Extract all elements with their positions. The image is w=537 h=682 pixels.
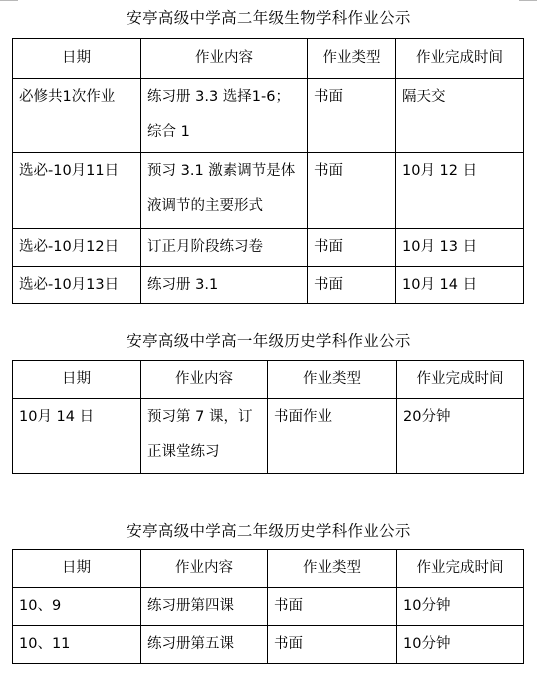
header-type: 作业类型	[308, 39, 396, 79]
cell-deadline: 10分钟	[397, 588, 524, 626]
header-deadline: 作业完成时间	[397, 361, 524, 399]
header-date: 日期	[13, 361, 141, 399]
cell-deadline: 10月 12 日	[396, 153, 524, 229]
cell-date: 选必-10月13日	[13, 267, 141, 304]
cell-type: 书面	[308, 229, 396, 267]
page-edge-mark-left	[0, 0, 18, 1]
cell-content: 练习册 3.1	[141, 267, 308, 304]
cell-date: 10月 14 日	[13, 399, 141, 474]
cell-deadline: 10月 13 日	[396, 229, 524, 267]
section-title-biology-grade2: 安亭高级中学高二年级生物学科作业公示	[0, 8, 537, 28]
cell-content: 练习册 3.3 选择1-6；综合 1	[141, 79, 308, 153]
cell-date: 10、11	[13, 626, 141, 664]
header-content: 作业内容	[141, 39, 308, 79]
homework-table-biology-grade2: 日期 作业内容 作业类型 作业完成时间 必修共1次作业 练习册 3.3 选择1-…	[12, 38, 524, 304]
table-row: 选必-10月13日 练习册 3.1 书面 10月 14 日	[13, 267, 524, 304]
page-edge-mark-right	[519, 0, 537, 1]
cell-type: 书面作业	[268, 399, 397, 474]
cell-content: 预习第 7 课，订正课堂练习	[141, 399, 268, 474]
cell-type: 书面	[268, 626, 397, 664]
table-row: 必修共1次作业 练习册 3.3 选择1-6；综合 1 书面 隔天交	[13, 79, 524, 153]
header-deadline: 作业完成时间	[397, 550, 524, 588]
cell-type: 书面	[308, 153, 396, 229]
cell-content: 练习册第五课	[141, 626, 268, 664]
table-row: 10、9 练习册第四课 书面 10分钟	[13, 588, 524, 626]
table-header-row: 日期 作业内容 作业类型 作业完成时间	[13, 361, 524, 399]
cell-content: 订正月阶段练习卷	[141, 229, 308, 267]
cell-date: 选必-10月11日	[13, 153, 141, 229]
header-type: 作业类型	[268, 550, 397, 588]
cell-deadline: 20分钟	[397, 399, 524, 474]
section-title-history-grade2: 安亭高级中学高二年级历史学科作业公示	[0, 521, 537, 541]
cell-date: 选必-10月12日	[13, 229, 141, 267]
table-row: 10、11 练习册第五课 书面 10分钟	[13, 626, 524, 664]
header-date: 日期	[13, 39, 141, 79]
cell-type: 书面	[308, 267, 396, 304]
cell-deadline: 10月 14 日	[396, 267, 524, 304]
table-row: 选必-10月11日 预习 3.1 激素调节是体液调节的主要形式 书面 10月 1…	[13, 153, 524, 229]
header-deadline: 作业完成时间	[396, 39, 524, 79]
header-type: 作业类型	[268, 361, 397, 399]
table-header-row: 日期 作业内容 作业类型 作业完成时间	[13, 550, 524, 588]
cell-type: 书面	[268, 588, 397, 626]
cell-deadline: 隔天交	[396, 79, 524, 153]
cell-type: 书面	[308, 79, 396, 153]
homework-table-history-grade1: 日期 作业内容 作业类型 作业完成时间 10月 14 日 预习第 7 课，订正课…	[12, 360, 524, 474]
section-title-history-grade1: 安亭高级中学高一年级历史学科作业公示	[0, 331, 537, 351]
homework-table-history-grade2: 日期 作业内容 作业类型 作业完成时间 10、9 练习册第四课 书面 10分钟 …	[12, 549, 524, 664]
table-row: 10月 14 日 预习第 7 课，订正课堂练习 书面作业 20分钟	[13, 399, 524, 474]
table-row: 选必-10月12日 订正月阶段练习卷 书面 10月 13 日	[13, 229, 524, 267]
header-content: 作业内容	[141, 361, 268, 399]
header-date: 日期	[13, 550, 141, 588]
cell-content: 预习 3.1 激素调节是体液调节的主要形式	[141, 153, 308, 229]
table-header-row: 日期 作业内容 作业类型 作业完成时间	[13, 39, 524, 79]
cell-date: 10、9	[13, 588, 141, 626]
cell-content: 练习册第四课	[141, 588, 268, 626]
header-content: 作业内容	[141, 550, 268, 588]
cell-date: 必修共1次作业	[13, 79, 141, 153]
cell-deadline: 10分钟	[397, 626, 524, 664]
